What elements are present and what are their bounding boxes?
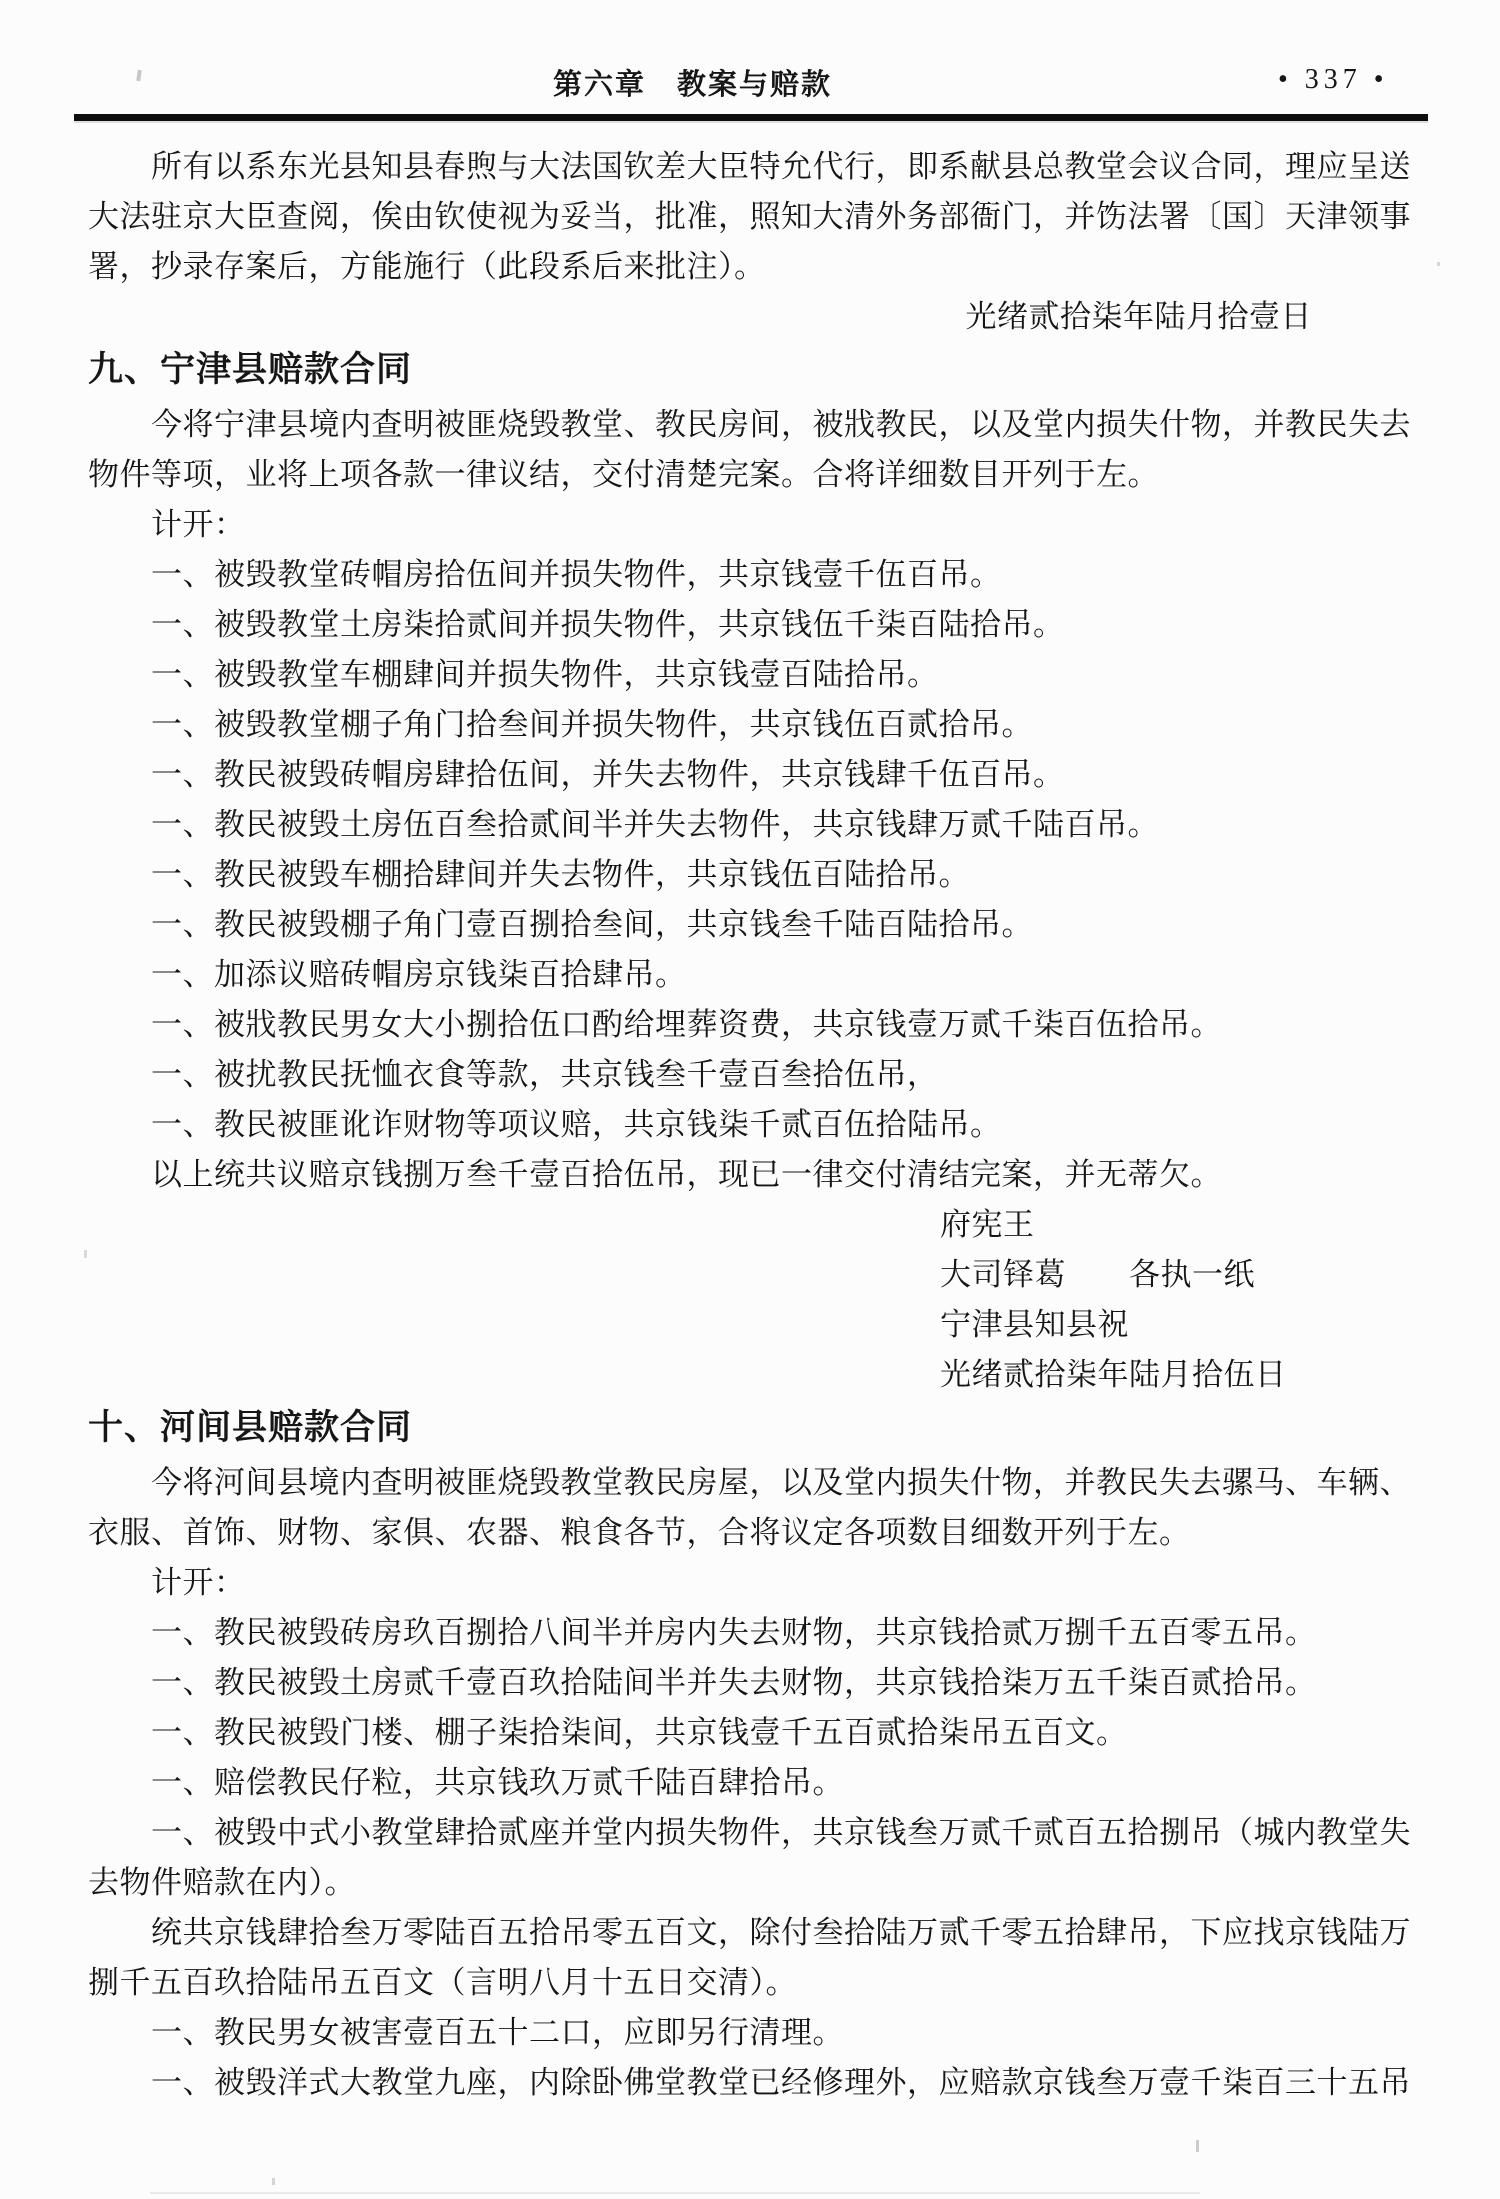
paragraph-line: 物件等项，业将上项各款一律议结，交付清楚完案。合将详细数目开列于左。 xyxy=(88,446,1412,496)
paragraph-line: 计开： xyxy=(88,496,1412,546)
page-number: • 337 • xyxy=(1278,64,1389,96)
scan-speck xyxy=(136,70,141,81)
paragraph-line: 捌千五百玖拾陆吊五百文（言明八月十五日交清）。 xyxy=(88,1954,1412,2004)
signature-line: 府宪王 xyxy=(88,1196,1412,1246)
list-item: 一、教民被毁砖房玖百捌拾八间半并房内失去财物，共京钱拾贰万捌千五百零五吊。 xyxy=(88,1604,1412,1654)
list-item: 一、赔偿教民仔粒，共京钱玖万贰千陆百肆拾吊。 xyxy=(88,1754,1412,1804)
document-body: 所有以系东光县知县春煦与大法国钦差大臣特允代行，即系献县总教堂会议合同，理应呈送… xyxy=(88,138,1412,2104)
list-item: 一、被毁教堂砖帽房拾伍间并损失物件，共京钱壹千伍百吊。 xyxy=(88,546,1412,596)
scan-speck xyxy=(272,2178,275,2185)
chapter-header: 第六章 教案与赔款 xyxy=(553,62,832,103)
date-line: 光绪贰拾柒年陆月拾壹日 xyxy=(88,288,1412,338)
list-item: 一、被毁教堂土房柒拾贰间并损失物件，共京钱伍千柒百陆拾吊。 xyxy=(88,596,1412,646)
scan-speck xyxy=(84,1250,87,1258)
scan-speck xyxy=(1196,2140,1199,2152)
section-heading: 十、河间县赔款合同 xyxy=(88,1396,1412,1454)
paragraph-line: 计开： xyxy=(88,1554,1412,1604)
list-item: 一、教民被毁土房贰千壹百玖拾陆间半并失去财物，共京钱拾柒万五千柒百贰拾吊。 xyxy=(88,1654,1412,1704)
paragraph-line: 去物件赔款在内）。 xyxy=(88,1854,1412,1904)
paragraph-line: 大法驻京大臣查阅，俟由钦使视为妥当，批准，照知大清外务部衙门，并饬法署〔国〕天津… xyxy=(88,188,1412,238)
paragraph-line: 今将河间县境内查明被匪烧毁教堂教民房屋，以及堂内损失什物，并教民失去骡马、车辆、 xyxy=(88,1454,1412,1504)
paragraph-line: 今将宁津县境内查明被匪烧毁教堂、教民房间，被戕教民，以及堂内损失什物，并教民失去 xyxy=(88,396,1412,446)
signature-line: 大司铎葛 各执一纸 xyxy=(88,1246,1412,1296)
section-heading: 九、宁津县赔款合同 xyxy=(88,338,1412,396)
list-item: 一、教民男女被害壹百五十二口，应即另行清理。 xyxy=(88,2004,1412,2054)
list-item: 一、教民被毁土房伍百叁拾贰间半并失去物件，共京钱肆万贰千陆百吊。 xyxy=(88,796,1412,846)
signature-line: 宁津县知县祝 xyxy=(88,1296,1412,1346)
scan-edge-smudge xyxy=(150,2192,1200,2194)
list-item: 一、教民被毁车棚拾肆间并失去物件，共京钱伍百陆拾吊。 xyxy=(88,846,1412,896)
paragraph-line: 统共京钱肆拾叁万零陆百五拾吊零五百文，除付叁拾陆万贰千零五拾肆吊，下应找京钱陆万 xyxy=(88,1904,1412,1954)
paragraph-line: 所有以系东光县知县春煦与大法国钦差大臣特允代行，即系献县总教堂会议合同，理应呈送 xyxy=(88,138,1412,188)
list-item: 一、教民被匪讹诈财物等项议赔，共京钱柒千贰百伍拾陆吊。 xyxy=(88,1096,1412,1146)
list-item: 一、被毁教堂车棚肆间并损失物件，共京钱壹百陆拾吊。 xyxy=(88,646,1412,696)
header-divider-rule xyxy=(74,114,1428,121)
paragraph-line: 以上统共议赔京钱捌万叁千壹百拾伍吊，现已一律交付清结完案，并无蒂欠。 xyxy=(88,1146,1412,1196)
list-item: 一、被毁中式小教堂肆拾贰座并堂内损失物件，共京钱叁万贰千贰百五拾捌吊（城内教堂失 xyxy=(88,1804,1412,1854)
list-item: 一、教民被毁棚子角门壹百捌拾叁间，共京钱叁千陆百陆拾吊。 xyxy=(88,896,1412,946)
list-item: 一、教民被毁砖帽房肆拾伍间，并失去物件，共京钱肆千伍百吊。 xyxy=(88,746,1412,796)
signature-line: 光绪贰拾柒年陆月拾伍日 xyxy=(88,1346,1412,1396)
list-item: 一、教民被毁门楼、棚子柒拾柒间，共京钱壹千五百贰拾柒吊五百文。 xyxy=(88,1704,1412,1754)
book-page: 第六章 教案与赔款 • 337 • 所有以系东光县知县春煦与大法国钦差大臣特允代… xyxy=(0,0,1500,2199)
list-item: 一、被扰教民抚恤衣食等款，共京钱叁千壹百叁拾伍吊， xyxy=(88,1046,1412,1096)
list-item: 一、被毁教堂棚子角门拾叁间并损失物件，共京钱伍百贰拾吊。 xyxy=(88,696,1412,746)
list-item: 一、被毁洋式大教堂九座，内除卧佛堂教堂已经修理外，应赔款京钱叁万壹千柒百三十五吊 xyxy=(88,2054,1412,2104)
scan-speck xyxy=(1437,262,1440,266)
list-item: 一、被戕教民男女大小捌拾伍口酌给埋葬资费，共京钱壹万贰千柒百伍拾吊。 xyxy=(88,996,1412,1046)
list-item: 一、加添议赔砖帽房京钱柒百拾肆吊。 xyxy=(88,946,1412,996)
paragraph-line: 署，抄录存案后，方能施行（此段系后来批注）。 xyxy=(88,238,1412,288)
paragraph-line: 衣服、首饰、财物、家俱、农器、粮食各节，合将议定各项数目细数开列于左。 xyxy=(88,1504,1412,1554)
